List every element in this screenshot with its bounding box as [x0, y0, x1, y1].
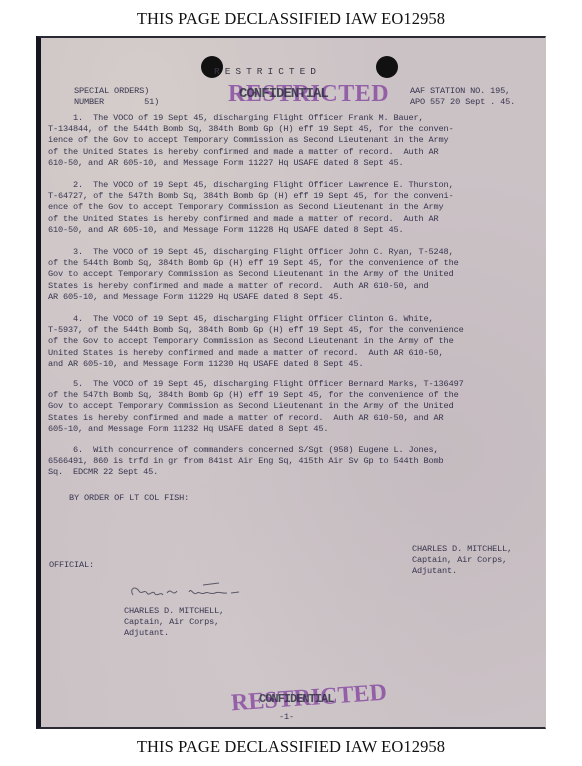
signature-block-right: CHARLES D. MITCHELL, Captain, Air Corps,…	[412, 544, 512, 578]
punch-hole-right	[376, 56, 398, 78]
special-orders-label: SPECIAL ORDERS)	[74, 86, 149, 96]
special-orders-header: SPECIAL ORDERS) NUMBER 51)	[74, 86, 159, 108]
declassified-banner-top: THIS PAGE DECLASSIFIED IAW EO12958	[0, 9, 582, 29]
paragraph-3: 3. The VOCO of 19 Sept 45, discharging F…	[48, 247, 459, 303]
paragraph-6: 6. With concurrence of commanders concer…	[48, 445, 444, 479]
official-label: OFFICIAL:	[49, 560, 94, 571]
signer-rank: Captain, Air Corps,	[412, 555, 507, 565]
station-label: AAF STATION NO. 195,	[410, 86, 510, 96]
apo-date: APO 557 20 Sept . 45.	[410, 97, 515, 107]
official-signer-name: CHARLES D. MITCHELL,	[124, 606, 224, 616]
declassified-banner-bottom: THIS PAGE DECLASSIFIED IAW EO12958	[0, 737, 582, 757]
paragraph-1: 1. The VOCO of 19 Sept 45, discharging F…	[48, 113, 454, 169]
order-line: BY ORDER OF LT COL FISH:	[69, 493, 189, 504]
document-page: RESTRICTED RESTRICTED CONFIDENTIAL SPECI…	[36, 36, 546, 729]
classification-header: RESTRICTED	[214, 66, 321, 77]
confidential-overstamp-bottom: CONFIDENTIAL	[259, 692, 333, 706]
station-header: AAF STATION NO. 195, APO 557 20 Sept . 4…	[410, 86, 515, 108]
paragraph-2: 2. The VOCO of 19 Sept 45, discharging F…	[48, 180, 454, 236]
signer-name: CHARLES D. MITCHELL,	[412, 544, 512, 554]
order-number: NUMBER 51)	[74, 97, 159, 107]
handwritten-signature	[127, 579, 267, 603]
confidential-overstamp-top: CONFIDENTIAL	[239, 86, 328, 102]
signature-block-left: CHARLES D. MITCHELL, Captain, Air Corps,…	[124, 606, 224, 640]
page-number: -1-	[279, 712, 294, 723]
official-signer-title: Adjutant.	[124, 628, 169, 638]
official-signer-rank: Captain, Air Corps,	[124, 617, 219, 627]
paragraph-4: 4. The VOCO of 19 Sept 45, discharging F…	[48, 314, 464, 370]
signer-title: Adjutant.	[412, 566, 457, 576]
paragraph-5: 5. The VOCO of 19 Sept 45, discharging F…	[48, 379, 464, 435]
